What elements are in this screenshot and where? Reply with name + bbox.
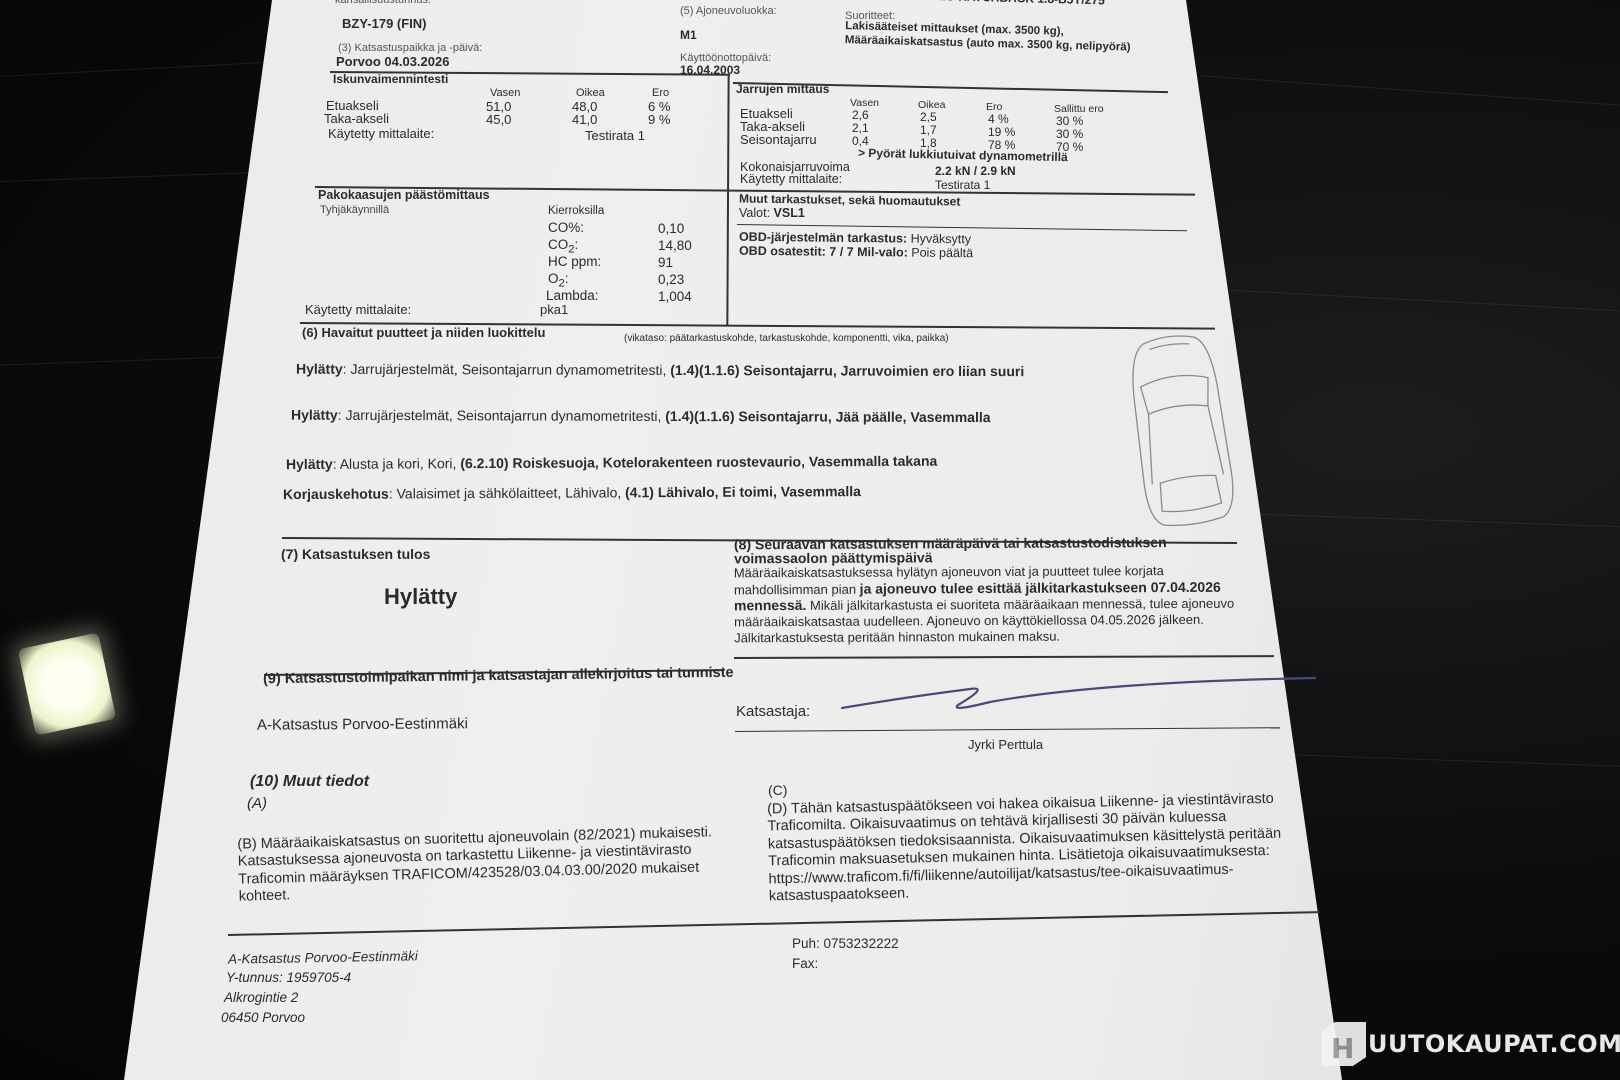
defect-item: Korjauskehotus: Valaisimet ja sähkölaitt… — [283, 482, 1083, 503]
vehicle-class: M1 — [680, 28, 697, 42]
emission-value: 0,23 — [658, 272, 684, 287]
registration-label: kansallisuustunnus: — [335, 0, 431, 6]
watermark-logo: H UUTOKAUPAT.COM — [1322, 1022, 1620, 1066]
other-info-b: (B) Määräaikaiskatsastus on suoritettu a… — [237, 823, 749, 906]
result-value: Hylätty — [384, 584, 457, 610]
column-header: Vasen — [490, 87, 520, 99]
shock-device-label: Käytetty mittalaite: — [328, 126, 434, 141]
signature-title: (9) Katsastustoimipaikan nimi ja katsast… — [263, 665, 734, 688]
defects-title: (6) Havaitut puutteet ja niiden luokitte… — [302, 325, 545, 340]
obd-sub-row: OBD osatestit: 7 / 7 Mil-valo: Pois pääl… — [739, 244, 973, 260]
defect-item: Hylätty: Jarrujärjestelmät, Seisontajarr… — [291, 407, 1051, 426]
other-info-d: (D) Tähän katsastuspäätökseen voi hakea … — [767, 791, 1289, 906]
next-inspection-title: (8) Seuraavan katsastuksen määräpäivä ta… — [734, 535, 1249, 566]
footer-street: Alkrogintie 2 — [224, 990, 298, 1005]
idle-label: Tyhjäkäynnillä — [320, 204, 389, 216]
column-header: Oikea — [576, 87, 605, 99]
shock-device: Testirata 1 — [585, 128, 645, 143]
emission-label: HC ppm: — [548, 254, 601, 269]
next-inspection-text-2: Mikäli jälkitarkastusta ei suoriteta mää… — [734, 596, 1234, 645]
column-divider — [726, 74, 729, 326]
footer-postal: 06450 Porvoo — [221, 1010, 305, 1025]
footer-phone: Puh: 0753232222 — [792, 936, 899, 951]
defect-code: (1.4)(1.1.6) Seisontajarru, Jarruvoimien… — [670, 362, 1024, 379]
defect-code: (1.4)(1.1.6) Seisontajarru, Jää päälle, … — [665, 408, 990, 425]
result-title: (7) Katsastuksen tulos — [281, 546, 430, 562]
brake-note: > Pyörät lukkiutuivat dynamometrillä — [858, 146, 1068, 164]
defect-level: Hylätty — [291, 407, 338, 423]
defect-description: : Alusta ja kori, Kori, — [333, 455, 461, 472]
emission-label: CO%: — [548, 220, 584, 235]
cell-value: 4 % — [988, 112, 1009, 126]
cell-value: 2,5 — [920, 110, 937, 124]
other-info-title: (10) Muut tiedot — [250, 773, 369, 791]
emissions-title: Pakokaasujen päästömittaus — [318, 188, 490, 202]
defect-level: Hylätty — [296, 361, 343, 377]
brake-device: Testirata 1 — [935, 178, 990, 192]
emission-label: Lambda: — [546, 288, 599, 303]
inspector-name: Jyrki Perttula — [968, 737, 1043, 752]
other-info-c: (C) — [768, 782, 787, 798]
lights-row: Valot: VSL1 — [739, 206, 805, 220]
emission-value: 1,004 — [658, 289, 692, 304]
footer-company: A-Katsastus Porvoo-Eestinmäki — [228, 948, 418, 966]
signature-icon — [840, 672, 1320, 722]
emission-label: O2: — [548, 271, 569, 290]
emission-value: 0,10 — [658, 221, 684, 236]
cell-value: 2,6 — [852, 108, 869, 122]
obd-sub-value: 7 / 7 — [829, 245, 853, 259]
place-date: Porvoo 04.03.2026 — [336, 54, 449, 69]
rpm-label: Kierroksilla — [548, 205, 604, 217]
signature-line — [735, 727, 1280, 732]
cell-value: 45,0 — [486, 112, 511, 127]
shock-test-title: Iskunvaimennintesti — [333, 72, 448, 86]
lights-label: Valot: — [739, 206, 770, 220]
cube-logo-icon: H — [1322, 1022, 1366, 1066]
emission-value: 14,80 — [658, 238, 692, 253]
emission-label: CO2: — [548, 237, 578, 256]
defect-code: (6.2.10) Roiskesuoja, Kotelorakenteen ru… — [460, 453, 937, 471]
car-diagram-icon — [1115, 330, 1245, 530]
mil-value: Pois päältä — [911, 246, 973, 261]
cell-value: 2,1 — [852, 121, 869, 135]
brake-device-label: Käytetty mittalaite: — [740, 172, 842, 186]
registration-number: BZY-179 (FIN) — [342, 16, 427, 31]
emission-value: 91 — [658, 255, 673, 270]
defect-description: : Jarrujärjestelmät, Seisontajarrun dyna… — [338, 407, 666, 424]
cell-value: 30 % — [1056, 127, 1083, 141]
next-inspection-text: Määräaikaiskatsastuksessa hylätyn ajoneu… — [734, 563, 1239, 646]
station-name: A-Katsastus Porvoo-Eestinmäki — [257, 715, 468, 733]
defect-level: Korjauskehotus — [283, 486, 389, 503]
cell-value: 1,7 — [920, 123, 937, 137]
cell-value: 41,0 — [572, 112, 597, 127]
defects-subtitle: (vikataso: päätarkastuskohde, tarkastusk… — [624, 333, 949, 344]
obd-value: Hyväksytty — [911, 232, 972, 247]
vehicle-model: FORD 4D MONDEO HATCHBACK 1.8-B5Y/275 — [845, 0, 1105, 7]
cell-value: 30 % — [1056, 114, 1083, 128]
watermark-text: UUTOKAUPAT.COM — [1368, 1030, 1620, 1058]
emissions-device: pka1 — [540, 302, 568, 317]
inspector-label: Katsastaja: — [736, 703, 810, 720]
logo-letter: H — [1331, 1032, 1354, 1065]
defect-description: : Jarrujärjestelmät, Seisontajarrun dyna… — [343, 361, 671, 378]
mil-label: Mil-valo: — [857, 245, 908, 260]
defect-item: Hylätty: Jarrujärjestelmät, Seisontajarr… — [296, 361, 1076, 381]
obd-sub-label: OBD osatestit: — [739, 244, 826, 259]
defect-item: Hylätty: Alusta ja kori, Kori, (6.2.10) … — [286, 452, 1086, 473]
place-date-label: (3) Katsastuspaikka ja -päivä: — [338, 42, 482, 54]
emissions-device-label: Käytetty mittalaite: — [305, 302, 411, 317]
document-content: kansallisuustunnus: BZY-179 (FIN) (3) Ka… — [0, 0, 1620, 1080]
vehicle-class-label: (5) Ajoneuvoluokka: — [680, 5, 777, 17]
divider — [734, 655, 1274, 659]
divider — [228, 911, 1320, 936]
brake-total: 2.2 kN / 2.9 kN — [935, 164, 1016, 178]
defect-description: : Valaisimet ja sähkölaitteet, Lähivalo, — [389, 484, 625, 501]
performed-items: Lakisääteiset mittaukset (max. 3500 kg),… — [845, 20, 1146, 55]
column-header: Ero — [652, 87, 669, 99]
row-label: Seisontajarru — [740, 132, 817, 147]
footer-business-id: Y-tunnus: 1959705-4 — [226, 970, 351, 985]
cell-value: 9 % — [648, 112, 670, 127]
defect-level: Hylätty — [286, 456, 333, 472]
defect-code: (4.1) Lähivalo, Ei toimi, — [625, 483, 781, 500]
row-label: Taka-akseli — [324, 111, 389, 126]
cell-value: 19 % — [988, 125, 1015, 139]
lights-value: VSL1 — [774, 206, 805, 220]
footer-fax: Fax: — [792, 956, 818, 971]
defect-location: Vasemmalla — [781, 483, 861, 499]
other-info-a: (A) — [247, 795, 267, 812]
